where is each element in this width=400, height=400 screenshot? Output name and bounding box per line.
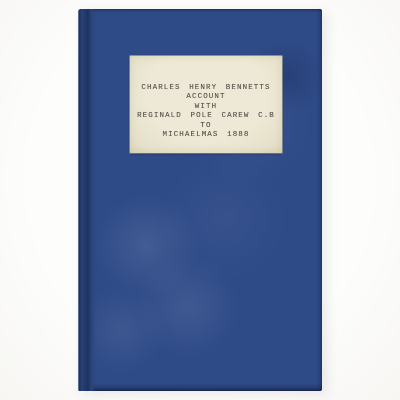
- label-line-date: MICHAELMAS 1888: [162, 131, 249, 140]
- label-line-counterparty: REGINALD POLE CAREW C.B: [137, 112, 275, 121]
- label-line-owner: CHARLES HENRY BENNETTS: [141, 84, 270, 93]
- label-line-to: TO: [200, 122, 211, 131]
- photo-background: CHARLES HENRY BENNETTS ACCOUNT WITH REGI…: [0, 0, 400, 400]
- label-line-account: ACCOUNT: [186, 93, 225, 102]
- title-label: CHARLES HENRY BENNETTS ACCOUNT WITH REGI…: [130, 56, 282, 153]
- book-spine: [78, 9, 96, 391]
- label-line-with: WITH: [195, 103, 217, 112]
- ledger-book: CHARLES HENRY BENNETTS ACCOUNT WITH REGI…: [78, 9, 322, 391]
